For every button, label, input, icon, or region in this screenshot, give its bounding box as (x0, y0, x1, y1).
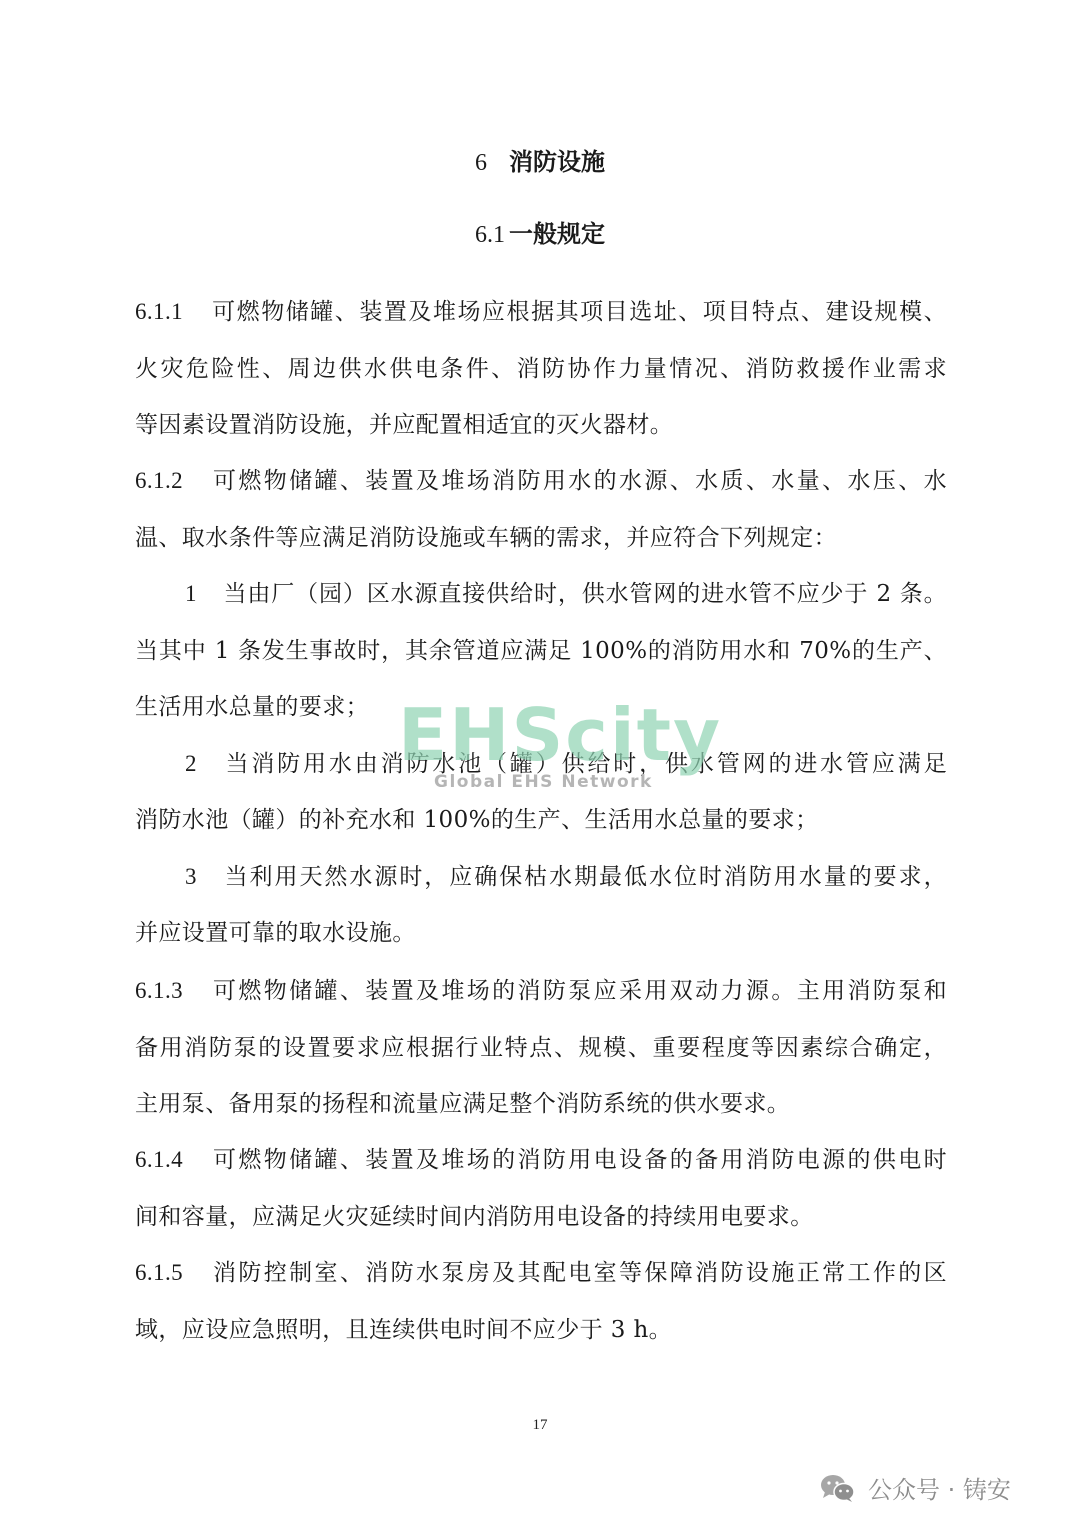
document-page: 6消防设施 6.1一般规定 6.1.1可燃物储罐、装置及堆场应根据其项目选址、项… (0, 0, 1080, 1527)
clause-text: 火灾危险性、周边供水供电条件、消防协作力量情况、消防救援作业需求 (135, 341, 947, 398)
chapter-number: 6 (475, 150, 487, 176)
section-heading: 6.1一般规定 (0, 216, 1080, 253)
clause-6-1-3: 6.1.3可燃物储罐、装置及堆场的消防泵应采用双动力源。主用消防泵和 备用消防泵… (135, 963, 947, 1133)
list-item-3: 3当利用天然水源时，应确保枯水期最低水位时消防用水量的要求， 并应设置可靠的取水… (135, 849, 947, 962)
source-label: 公众号 · 铸安 (868, 1470, 1011, 1505)
list-item-2: 2当消防用水由消防水池（罐）供给时，供水管网的进水管应满足 消防水池（罐）的补充… (135, 736, 947, 849)
clause-6-1-1: 6.1.1可燃物储罐、装置及堆场应根据其项目选址、项目特点、建设规模、 火灾危险… (135, 284, 947, 454)
section-title: 一般规定 (509, 219, 605, 248)
clause-number: 6.1.2 (135, 453, 211, 510)
wechat-source-tag: 公众号 · 铸安 (820, 1470, 1011, 1505)
item-text: 并应设置可靠的取水设施。 (135, 905, 947, 962)
section-number: 6.1 (475, 222, 505, 248)
clause-number: 6.1.5 (135, 1245, 211, 1302)
clause-text: 间和容量，应满足火灾延续时间内消防用电设备的持续用电要求。 (135, 1189, 947, 1246)
clause-text: 备用消防泵的设置要求应根据行业特点、规模、重要程度等因素综合确定， (135, 1020, 947, 1077)
clause-text: 可燃物储罐、装置及堆场的消防泵应采用双动力源。主用消防泵和 (211, 978, 947, 1004)
clause-6-1-4: 6.1.4可燃物储罐、装置及堆场的消防用电设备的备用消防电源的供电时 间和容量，… (135, 1132, 947, 1245)
item-text: 当由厂（园）区水源直接供给时，供水管网的进水管不应少于 2 条。 (223, 581, 947, 607)
clause-text: 可燃物储罐、装置及堆场应根据其项目选址、项目特点、建设规模、 (211, 299, 947, 325)
clause-text: 温、取水条件等应满足消防设施或车辆的需求，并应符合下列规定： (135, 510, 947, 567)
item-text: 消防水池（罐）的补充水和 100%的生产、生活用水总量的要求； (135, 792, 947, 849)
clause-6-1-2: 6.1.2可燃物储罐、装置及堆场消防用水的水源、水质、水量、水压、水 温、取水条… (135, 453, 947, 962)
clause-text: 等因素设置消防设施，并应配置相适宜的灭火器材。 (135, 397, 947, 454)
clause-text: 消防控制室、消防水泵房及其配电室等保障消防设施正常工作的区 (211, 1260, 947, 1286)
chapter-heading: 6消防设施 (0, 144, 1080, 181)
item-number: 2 (135, 736, 223, 793)
item-text: 当利用天然水源时，应确保枯水期最低水位时消防用水量的要求， (223, 864, 947, 890)
item-text: 生活用水总量的要求； (135, 679, 947, 736)
clause-number: 6.1.3 (135, 963, 211, 1020)
clause-text: 主用泵、备用泵的扬程和流量应满足整个消防系统的供水要求。 (135, 1076, 947, 1133)
list-item-1: 1当由厂（园）区水源直接供给时，供水管网的进水管不应少于 2 条。 当其中 1 … (135, 566, 947, 736)
item-number: 1 (135, 566, 223, 623)
clause-text: 可燃物储罐、装置及堆场消防用水的水源、水质、水量、水压、水 (211, 468, 947, 494)
item-text: 当消防用水由消防水池（罐）供给时，供水管网的进水管应满足 (223, 751, 947, 777)
clause-text: 可燃物储罐、装置及堆场的消防用电设备的备用消防电源的供电时 (211, 1147, 947, 1173)
item-text: 当其中 1 条发生事故时，其余管道应满足 100%的消防用水和 70%的生产、 (135, 623, 947, 680)
chapter-title: 消防设施 (509, 147, 605, 176)
clause-number: 6.1.4 (135, 1132, 211, 1189)
clause-6-1-5: 6.1.5消防控制室、消防水泵房及其配电室等保障消防设施正常工作的区 域，应设应… (135, 1245, 947, 1358)
page-number: 17 (0, 1417, 1080, 1434)
clause-text: 域，应设应急照明，且连续供电时间不应少于 3 h。 (135, 1302, 947, 1359)
wechat-icon (820, 1473, 856, 1503)
clause-number: 6.1.1 (135, 284, 211, 341)
item-number: 3 (135, 849, 223, 906)
